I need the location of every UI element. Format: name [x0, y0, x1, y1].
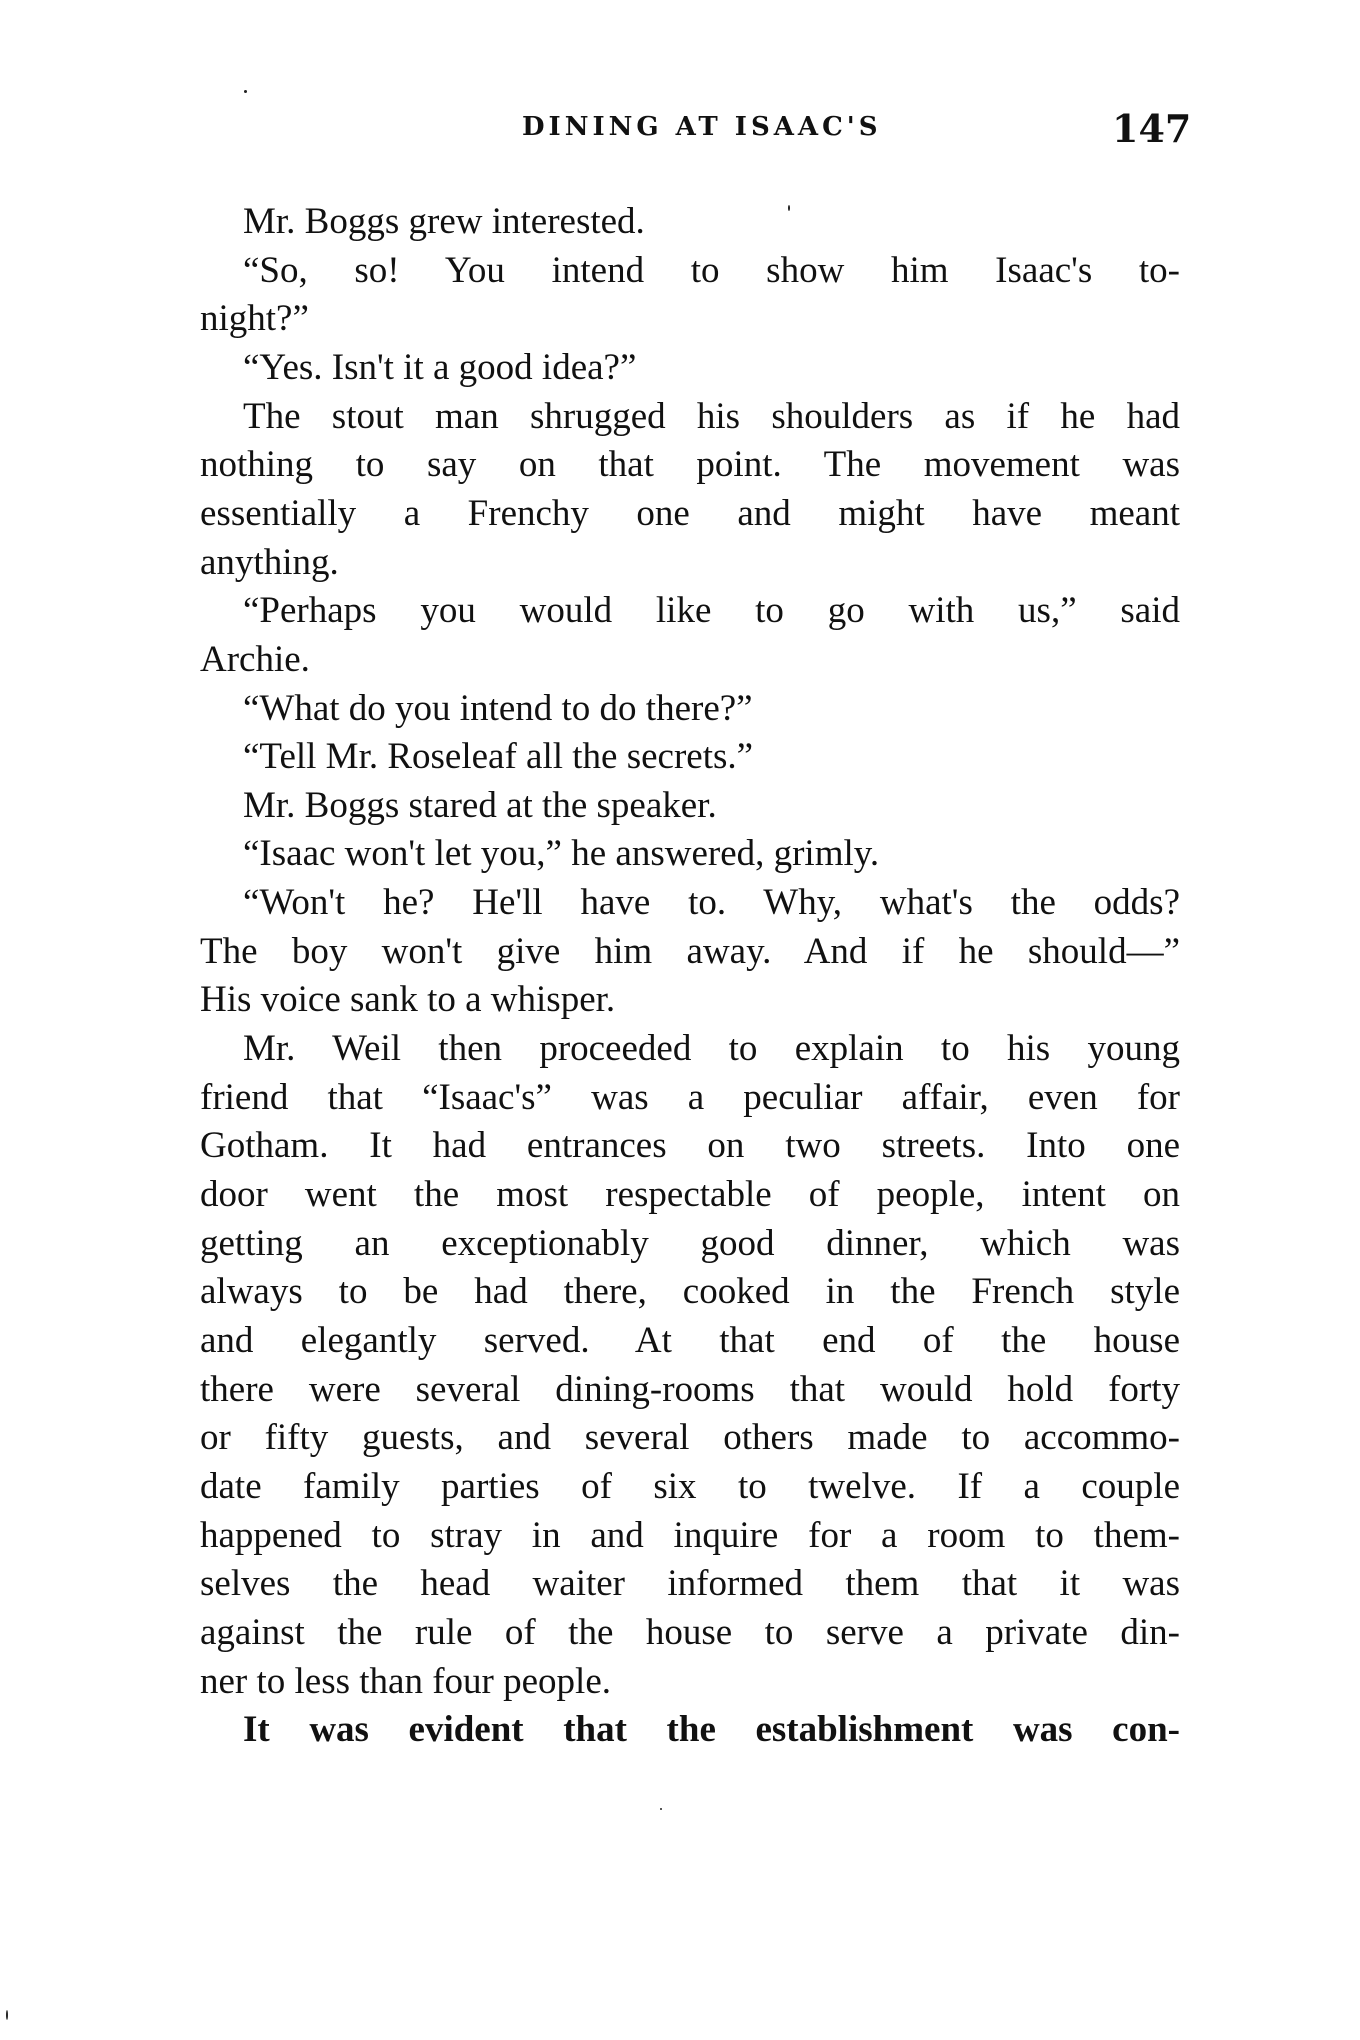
text-line: there were several dining-rooms that wou…: [200, 1366, 1180, 1414]
text-line: “What do you intend to do there?”: [243, 685, 1180, 733]
text-line: against the rule of the house to serve a…: [200, 1609, 1180, 1657]
text-line: night?”: [200, 295, 1180, 343]
book-page: Dining at Isaac's 147 Mr. Boggs grew int…: [0, 0, 1360, 2040]
text-line: The boy won't give him away. And if he s…: [200, 928, 1180, 976]
text-line: Mr. Weil then proceeded to explain to hi…: [243, 1025, 1180, 1073]
text-line: “Won't he? He'll have to. Why, what's th…: [243, 879, 1180, 927]
text-line: selves the head waiter informed them tha…: [200, 1560, 1180, 1608]
scan-speck: [6, 2010, 8, 2020]
text-line: “Isaac won't let you,” he answered, grim…: [243, 830, 1180, 878]
text-line: door went the most respectable of people…: [200, 1171, 1180, 1219]
text-line: getting an exceptionably good dinner, wh…: [200, 1220, 1180, 1268]
scan-speck: [244, 90, 247, 93]
text-line: Archie.: [200, 636, 1180, 684]
text-line: or fifty guests, and several others made…: [200, 1414, 1180, 1462]
scan-speck: [660, 1808, 662, 1810]
text-line: essentially a Frenchy one and might have…: [200, 490, 1180, 538]
text-line: Gotham. It had entrances on two streets.…: [200, 1122, 1180, 1170]
text-line: ner to less than four people.: [200, 1658, 1180, 1706]
text-line: always to be had there, cooked in the Fr…: [200, 1268, 1180, 1316]
text-line: It was evident that the establishment wa…: [243, 1706, 1180, 1754]
text-line: His voice sank to a whisper.: [200, 976, 1180, 1024]
text-line: “So, so! You intend to show him Isaac's …: [243, 247, 1180, 295]
text-line: “Yes. Isn't it a good idea?”: [243, 344, 1180, 392]
text-line: nothing to say on that point. The moveme…: [200, 441, 1180, 489]
scan-speck: [788, 205, 790, 211]
text-line: “Tell Mr. Roseleaf all the secrets.”: [243, 733, 1180, 781]
text-line: date family parties of six to twelve. If…: [200, 1463, 1180, 1511]
text-line: Mr. Boggs grew interested.: [243, 198, 1180, 246]
text-line: Mr. Boggs stared at the speaker.: [243, 782, 1180, 830]
page-number: 147: [1112, 106, 1191, 151]
text-line: anything.: [200, 539, 1180, 587]
text-line: “Perhaps you would like to go with us,” …: [243, 587, 1180, 635]
text-line: happened to stray in and inquire for a r…: [200, 1512, 1180, 1560]
text-line: The stout man shrugged his shoulders as …: [243, 393, 1180, 441]
text-line: and elegantly served. At that end of the…: [200, 1317, 1180, 1365]
running-head: Dining at Isaac's: [522, 112, 882, 142]
text-line: friend that “Isaac's” was a peculiar aff…: [200, 1074, 1180, 1122]
